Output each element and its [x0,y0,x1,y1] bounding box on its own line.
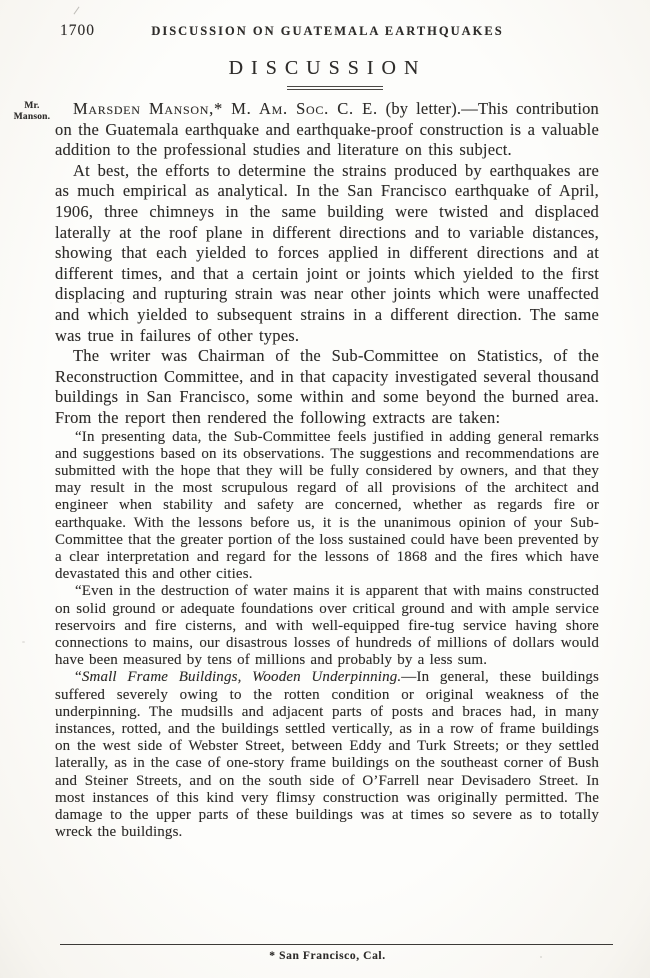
scan-speck [22,641,25,643]
running-title: DISCUSSION ON GUATEMALA EARTHQUAKES [55,24,600,39]
paragraph-subcommittee: The writer was Chairman of the Sub-Commi… [55,346,599,428]
footnote-text: * San Francisco, Cal. [55,950,600,962]
document-page: 1700 DISCUSSION ON GUATEMALA EARTHQUAKES… [0,0,650,978]
paragraph-opening: Marsden Manson,* M. Am. Soc. C. E. (by l… [55,99,599,161]
paragraph-extract-presenting-data: “In presenting data, the Sub-Committee f… [55,429,599,584]
scan-speck [556,122,558,124]
body-text-column: Marsden Manson,* M. Am. Soc. C. E. (by l… [55,99,599,841]
extract-italic-heading: Small Frame Buildings, Wooden Underpinni… [82,669,401,685]
margin-note-speaker: Mr. Manson. [8,101,56,123]
section-title: DISCUSSION [0,57,650,80]
margin-note-line1: Mr. [8,101,56,112]
title-underline-rule [287,86,383,90]
paragraph-extract-water-mains: “Even in the destruction of water mains … [55,583,599,669]
margin-note-line2: Manson. [8,112,56,123]
scan-speck [110,302,112,304]
page-header: 1700 DISCUSSION ON GUATEMALA EARTHQUAKES [0,22,650,40]
scan-speck [540,956,542,958]
paragraph-extract-small-frame-buildings: “Small Frame Buildings, Wooden Underpinn… [55,669,599,841]
extract-open-quote: “ [75,669,82,685]
paragraph-strains: At best, the efforts to determine the st… [55,161,599,346]
author-name-smallcaps: Marsden Manson,* M. Am. Soc. C. E. [73,99,378,118]
scan-scratch [74,7,80,15]
extract-small-frame-text: —In general, these buildings suffered se… [55,669,599,840]
footnote-rule [60,944,613,945]
